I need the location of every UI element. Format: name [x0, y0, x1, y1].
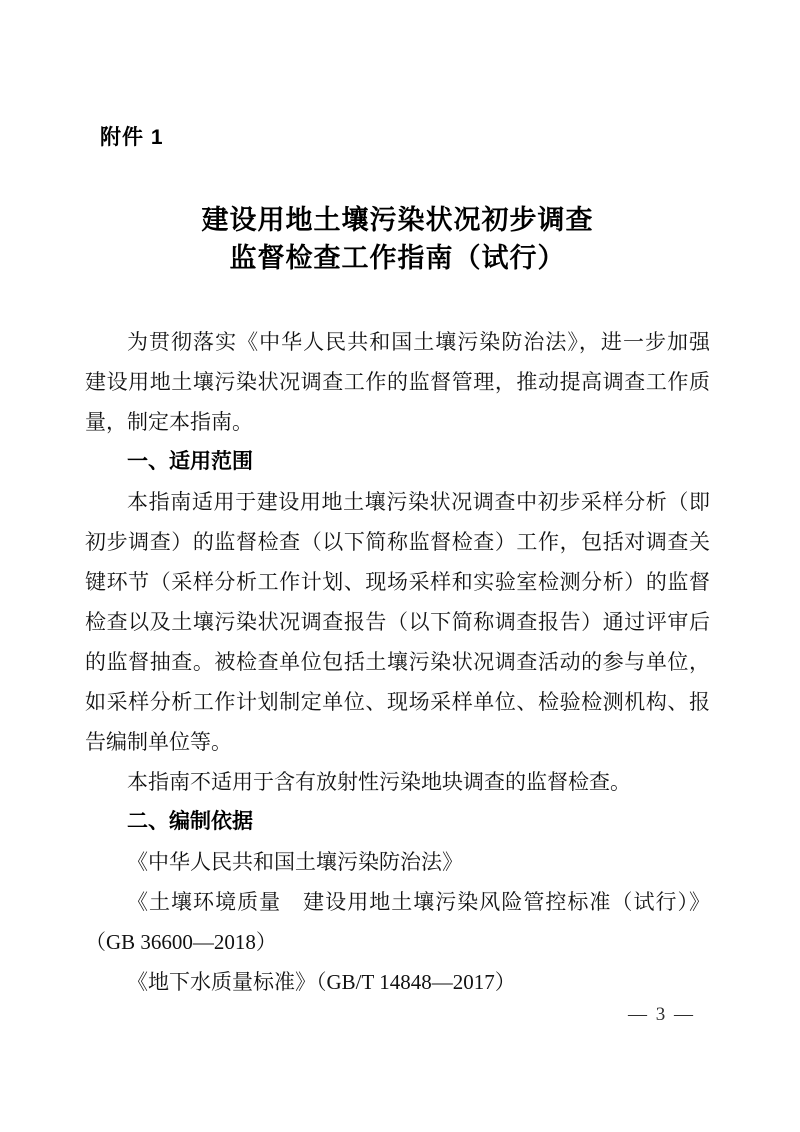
section-heading-2: 二、编制依据	[85, 802, 710, 842]
page-number: — 3 —	[628, 1002, 695, 1028]
document-title: 建设用地土壤污染状况初步调查 监督检查工作指南（试行）	[85, 201, 710, 277]
document-body: 为贯彻落实《中华人民共和国土壤污染防治法》，进一步加强 建设用地土壤污染状况调查…	[85, 322, 710, 1002]
text-line: 为贯彻落实《中华人民共和国土壤污染防治法》，进一步加强	[85, 322, 710, 362]
document-title-line1: 建设用地土壤污染状况初步调查	[85, 201, 710, 239]
attachment-label: 附件 1	[100, 124, 164, 152]
reference-line: 《中华人民共和国土壤污染防治法》	[85, 842, 710, 882]
text-line: 告编制单位等。	[85, 722, 710, 762]
text-line: 的监督抽查。被检查单位包括土壤污染状况调查活动的参与单位，	[85, 642, 710, 682]
reference-line: 《土壤环境质量 建设用地土壤污染风险管控标准（试行）》	[85, 882, 710, 922]
text-line: 如采样分析工作计划制定单位、现场采样单位、检验检测机构、报	[85, 682, 710, 722]
document-page: 附件 1 建设用地土壤污染状况初步调查 监督检查工作指南（试行） 为贯彻落实《中…	[0, 0, 800, 1132]
reference-line: 《地下水质量标准》（GB/T 14848—2017）	[85, 962, 710, 1002]
section-heading-1: 一、适用范围	[85, 442, 710, 482]
text-line: 建设用地土壤污染状况调查工作的监督管理，推动提高调查工作质	[85, 362, 710, 402]
text-line: 本指南适用于建设用地土壤污染状况调查中初步采样分析（即	[85, 482, 710, 522]
text-line: 量，制定本指南。	[85, 402, 710, 442]
reference-line: （GB 36600—2018）	[85, 922, 710, 962]
text-line: 本指南不适用于含有放射性污染地块调查的监督检查。	[85, 762, 710, 802]
text-line: 键环节（采样分析工作计划、现场采样和实验室检测分析）的监督	[85, 562, 710, 602]
document-title-line2: 监督检查工作指南（试行）	[85, 239, 710, 277]
text-line: 检查以及土壤污染状况调查报告（以下简称调查报告）通过评审后	[85, 602, 710, 642]
text-line: 初步调查）的监督检查（以下简称监督检查）工作，包括对调查关	[85, 522, 710, 562]
